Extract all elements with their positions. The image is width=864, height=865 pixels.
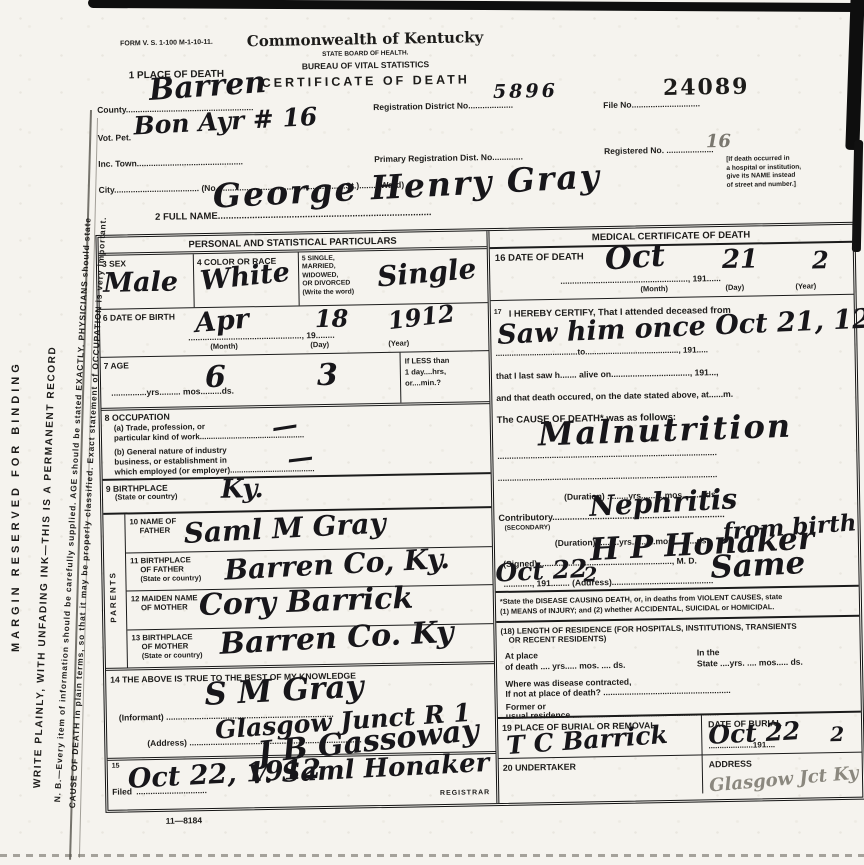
inc-town-line: Inc. Town...............................… <box>98 156 243 169</box>
less-than-note: If LESS than 1 day....hrs, or....min.? <box>401 351 490 389</box>
parents-fields: 10 NAME OF FATHER Saml M Gray 11 BIRTHPL… <box>125 508 494 667</box>
age-label: 7 AGE <box>104 360 129 370</box>
occupation-b-handwritten: — <box>286 446 315 472</box>
father-birthplace-label-line3: (State or country) <box>140 573 201 583</box>
secondary-sublabel: (SECONDARY) <box>505 524 551 532</box>
residence-label-line1: (18) LENGTH OF RESIDENCE (FOR HOSPITALS,… <box>500 622 796 636</box>
less-line1: If LESS than <box>405 356 450 366</box>
registration-district-handwritten-value: 5896 <box>493 83 558 101</box>
commonwealth-title: Commonwealth of Kentucky <box>240 28 490 50</box>
dob-month-handwritten: Apr <box>194 307 250 336</box>
contributory-handwritten: Nephritis <box>589 486 738 519</box>
birthplace-handwritten: Ky. <box>221 478 264 502</box>
last-saw-line: that I last saw h....... alive on.......… <box>496 367 719 381</box>
cause-of-death-handwritten: Malnutrition <box>537 412 792 450</box>
mother-maiden-handwritten: Cory Barrick <box>198 585 413 619</box>
filed-section: 15 Filed .............................. … <box>108 754 497 805</box>
hospital-note-line3: give its NAME instead <box>726 172 795 180</box>
dod-day-sublabel: (Day) <box>725 283 744 292</box>
voting-precinct-handwritten-value: Bon Ayr # 16 <box>133 106 318 138</box>
mother-birthplace-handwritten: Barren Co. Ky <box>219 618 454 657</box>
bureau-subtitle: BUREAU OF VITAL STATISTICS <box>240 58 490 72</box>
father-name-handwritten: Saml M Gray <box>183 510 386 546</box>
full-name-handwritten-value: George Henry Gray <box>212 161 602 211</box>
birthplace-sublabel: (State or country) <box>115 492 178 502</box>
date-of-burial-year-handwritten: 2 <box>830 725 844 743</box>
scanned-death-certificate-page: { "margin": { "binding": "MARGIN RESERVE… <box>0 0 864 865</box>
occupation-a-handwritten: — <box>270 414 299 441</box>
color-race-handwritten-value: White <box>199 261 291 295</box>
mother-birthplace-field: 13 BIRTHPLACE OF MOTHER (State or countr… <box>127 624 494 668</box>
undertaker-label: 20 UNDERTAKER <box>503 762 576 773</box>
dod-year-handwritten: 2 <box>812 249 829 271</box>
undertaker-address-handwritten: Glasgow Jct Ky <box>709 766 860 795</box>
marital-label-line1: 5 SINGLE, <box>302 255 335 263</box>
length-of-residence-section: (18) LENGTH OF RESIDENCE (FOR HOSPITALS,… <box>496 617 861 719</box>
at-place-line1: At place <box>505 650 538 661</box>
county-handwritten-value: Barren <box>148 69 267 104</box>
occupation-field: 8 OCCUPATION (a) Trade, profession, or p… <box>101 404 490 481</box>
registrar-label: REGISTRAR <box>440 789 490 797</box>
dod-day-handwritten: 21 <box>722 248 759 272</box>
place-of-burial-field: 19 PLACE OF BURIAL OR REMOVAL T C Barric… <box>498 715 702 758</box>
date-of-birth-label: 6 DATE OF BIRTH <box>103 312 175 323</box>
dob-year-handwritten: 1912 <box>387 302 456 332</box>
dob-year-sublabel: (Year) <box>388 339 409 348</box>
certify-item-number: 17 <box>494 309 502 316</box>
scan-edge-top <box>88 0 860 12</box>
certification-section: 17 I HEREBY CERTIFY, That I attended dec… <box>491 295 859 593</box>
form-number: FORM V. S. 1-100 M-1-10-11. <box>120 39 213 48</box>
parents-section: PARENTS 10 NAME OF FATHER Saml M Gray 11… <box>103 508 494 671</box>
parents-vertical-strip: PARENTS <box>103 514 128 667</box>
date-of-birth-field: 6 DATE OF BIRTH ........................… <box>100 303 489 358</box>
certificate-body: PERSONAL AND STATISTICAL PARTICULARS 3 S… <box>95 222 864 813</box>
marital-status-label: 5 SINGLE, MARRIED, WIDOWED, OR DIVORCED … <box>302 254 354 297</box>
dod-month-handwritten: Oct <box>604 242 666 274</box>
age-months-handwritten: 6 <box>205 364 226 391</box>
undertaker-row: 20 UNDERTAKER ADDRESS Glasgow Jct Ky <box>499 753 863 797</box>
dob-month-sublabel: (Month) <box>210 341 238 350</box>
death-occurred-line: and that death occured, on the date stat… <box>496 389 733 403</box>
date-of-burial-handwritten: Oct 22 <box>708 720 801 747</box>
mother-birthplace-label-line3: (State or country) <box>142 650 203 660</box>
cause-dotted-line1: ........................................… <box>497 447 717 461</box>
less-line2: 1 day....hrs, <box>405 367 446 377</box>
less-line3: or....min.? <box>405 378 441 388</box>
header-center-block: Commonwealth of Kentucky STATE BOARD OF … <box>240 28 491 90</box>
file-number-value: 24089 <box>663 74 750 102</box>
hospital-note-line4: of street and number.] <box>727 180 796 188</box>
sign-date-handwritten: Oct 22 <box>495 558 588 585</box>
hospital-note-line1: [If death occurred in <box>726 155 790 163</box>
hospital-note: [If death occurred in a hospital or inst… <box>726 154 853 190</box>
filed-item-number: 15 <box>112 763 120 770</box>
medical-certificate-column: MEDICAL CERTIFICATE OF DEATH 16 DATE OF … <box>486 225 862 803</box>
undertaker-address-field: ADDRESS Glasgow Jct Ky <box>702 753 863 794</box>
voting-precinct-label: Vot. Pet. <box>98 132 132 143</box>
color-race-field: 4 COLOR OR RACE White <box>194 252 300 307</box>
date-of-death-field: 16 DATE OF DEATH .......................… <box>490 243 854 301</box>
sex-handwritten-value: Male <box>103 271 178 297</box>
occupation-label: 8 OCCUPATION <box>105 412 170 423</box>
age-days-handwritten: 3 <box>317 362 338 389</box>
physician-address-handwritten: Same <box>710 550 806 583</box>
undertaker-field: 20 UNDERTAKER <box>499 755 703 797</box>
marital-label-line5: (Write the word) <box>302 288 354 296</box>
parents-vertical-label: PARENTS <box>108 571 118 623</box>
informant-handwritten: S M Gray <box>204 674 364 710</box>
undertaker-address-label: ADDRESS <box>709 759 752 770</box>
age-field: 7 AGE ...............yrs......... mos...… <box>101 351 490 411</box>
in-the-line1: In the <box>697 647 720 657</box>
registered-number-line: Registered No. .................... <box>604 144 714 156</box>
less-than-one-day-box: If LESS than 1 day....hrs, or....min.? <box>400 351 490 403</box>
occupation-a-line1: (a) Trade, profession, or <box>114 422 205 433</box>
hospital-note-line2: a hospital or institution, <box>726 163 801 171</box>
registered-number-handwritten-value: 16 <box>706 134 731 151</box>
marital-label-line3: WIDOWED, <box>302 272 338 280</box>
form-stock-code: 11—8184 <box>166 815 203 826</box>
place-of-burial-handwritten: T C Barrick <box>506 724 669 758</box>
certificate-title: CERTIFICATE OF DEATH <box>241 72 491 90</box>
residence-label-line2: OR RECENT RESIDENTS) <box>508 634 606 645</box>
dod-month-sublabel: (Month) <box>640 284 668 293</box>
date-of-burial-field: DATE OF BURIAL ....................191..… <box>701 713 862 755</box>
mother-maiden-label-line2: OF MOTHER <box>141 602 188 612</box>
certificate-sheet: FORM V. S. 1-100 M-1-10-11. Commonwealth… <box>90 16 864 849</box>
dob-day-sublabel: (Day) <box>310 340 329 349</box>
scan-edge-bottom <box>0 854 864 857</box>
dod-year-sublabel: (Year) <box>795 281 816 290</box>
in-the-line2: State ....yrs. .... mos..... ds. <box>697 657 803 669</box>
burial-row: 19 PLACE OF BURIAL OR REMOVAL T C Barric… <box>498 713 862 759</box>
father-name-label-line2: FATHER <box>140 526 171 536</box>
personal-particulars-column: PERSONAL AND STATISTICAL PARTICULARS 3 S… <box>98 231 496 810</box>
sex-field: 3 SEX Male <box>99 254 195 309</box>
margin-binding-note: MARGIN RESERVED FOR BINDING <box>10 360 22 652</box>
father-birthplace-handwritten: Barren Co, Ky. <box>224 545 451 582</box>
cause-dotted-line2: ........................................… <box>498 469 718 483</box>
margin-write-plainly-note: WRITE PLAINLY, WITH UNFADING INK—THIS IS… <box>32 346 58 789</box>
sign-date-year-handwritten: 2 <box>583 565 597 583</box>
at-place-line2: of death .... yrs..... mos. .... ds. <box>505 660 626 672</box>
dob-day-handwritten: 18 <box>315 308 349 330</box>
marital-label-line4: OR DIVORCED <box>302 280 350 288</box>
marital-label-line2: MARRIED, <box>302 263 336 271</box>
registration-district-line: Registration District No................… <box>373 100 513 112</box>
date-of-death-label: 16 DATE OF DEATH <box>495 251 584 264</box>
marital-status-field: 5 SINGLE, MARRIED, WIDOWED, OR DIVORCED … <box>299 249 488 305</box>
marital-status-handwritten-value: Single <box>376 256 477 290</box>
